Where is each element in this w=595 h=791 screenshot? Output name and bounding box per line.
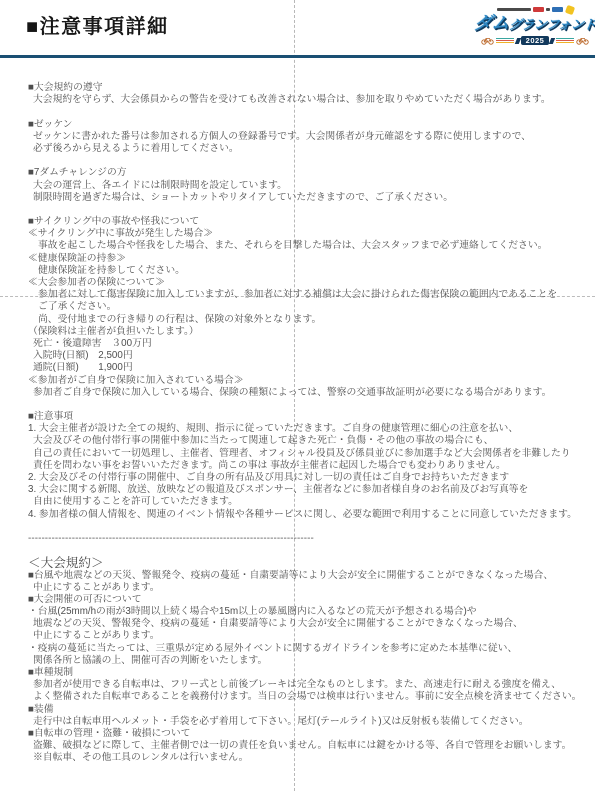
text-line: ご了承ください。 xyxy=(0,301,595,313)
logo-tagline xyxy=(497,6,574,13)
blank-line xyxy=(0,521,595,533)
section-heading: ■自転車の管理・盗難・破損について xyxy=(0,728,595,740)
text-line: 関係各所と協議の上、開催可否の判断をいたします。 xyxy=(0,655,595,667)
bicycle-icon-right xyxy=(576,36,589,45)
text-line: 3. 大会に関する新聞、放送、放映などの報道及びスポンサー、主催者などに参加者様… xyxy=(0,484,595,496)
document-body: ■大会規約の遵守大会規約を守らず、大会係員からの警告を受けても改善されない場合は… xyxy=(0,82,595,765)
dashed-separator: ----------------------------------------… xyxy=(0,533,595,545)
section-heading: ■サイクリング中の事故や怪我について xyxy=(0,216,595,228)
text-line: 自由に使用することを許可していただきます。 xyxy=(0,496,595,508)
text-line: 地震などの天災、警報発令、疫病の蔓延・自粛要請等により大会が安全に開催することが… xyxy=(0,618,595,630)
text-line: 健康保険証を持参してください。 xyxy=(0,265,595,277)
blank-line xyxy=(0,399,595,411)
logo-tagline-text-bar xyxy=(497,8,531,11)
text-line: 盗難、破損などに際して、主催者側では一切の責任を負いません。自転車には鍵をかける… xyxy=(0,740,595,752)
section-heading: ＜大会規約＞ xyxy=(0,557,595,569)
text-line: 走行中は自転車用ヘルメット・手袋を必ず着用して下さい。尾灯(テールライト)又は反… xyxy=(0,716,595,728)
event-logo: ダムグランフォンド 2025 xyxy=(478,4,592,50)
logo-title-main: ダム xyxy=(473,13,510,33)
speed-mark-left-icon xyxy=(514,38,520,44)
text-line: 自己の責任において一切処理し、主催者、管理者、オフィシャル役員及び係員並びに参加… xyxy=(0,448,595,460)
text-line: ・台風(25mm/hの雨が3時間以上続く場合や15m以上の暴風圏内に入るなどの荒… xyxy=(0,606,595,618)
logo-tagline-ampersand xyxy=(546,8,550,11)
logo-title: ダムグランフォンド xyxy=(473,13,595,35)
text-line: 事故を起こした場合や怪我をした場合、また、それらを目撃した場合は、大会スタッフま… xyxy=(0,240,595,252)
logo-year-badge: 2025 xyxy=(521,36,550,45)
text-line: 死亡・後遺障害 ３00万円 xyxy=(0,338,595,350)
section-heading: ■大会規約の遵守 xyxy=(0,82,595,94)
text-line: 4. 参加者様の個人情報を、関連のイベント情報や各種サービスに関し、必要な範囲で… xyxy=(0,509,595,521)
text-line: 入院時(日額) 2,500円 xyxy=(0,350,595,362)
logo-badge-red xyxy=(533,7,544,12)
blank-line xyxy=(0,106,595,118)
section-heading: ≪大会参加者の保険について≫ xyxy=(0,277,595,289)
logo-title-sub: グランフォンド xyxy=(508,17,595,32)
text-line: 参加者が使用できる自転車は、フリー式とし前後ブレーキは完全なものとします。また、… xyxy=(0,679,595,691)
text-line: 大会及びその他付帯行事の開催中参加に当たって関連して起きた死亡・負傷・その他の事… xyxy=(0,435,595,447)
section-heading: ■車種規制 xyxy=(0,667,595,679)
text-line: 中止にすることがあります。 xyxy=(0,630,595,642)
text-line: 通院(日額) 1,900円 xyxy=(0,362,595,374)
bicycle-icon-left xyxy=(481,36,494,45)
text-line: 1. 大会主催者が設けた全ての規約、規則、指示に従っていただきます。ご自身の健康… xyxy=(0,423,595,435)
text-line: （保険料は主催者が負担いたします。） xyxy=(0,326,595,338)
text-line: 大会の運営上、各エイドには制限時間を設定しています。 xyxy=(0,180,595,192)
logo-stripes-right xyxy=(556,38,574,43)
section-heading: ■ゼッケン xyxy=(0,119,595,131)
text-line: ※自転車、その他工具のレンタルは行いません。 xyxy=(0,752,595,764)
section-heading: ■7ダムチャレンジの方 xyxy=(0,167,595,179)
logo-stripes-left xyxy=(496,38,514,43)
text-line: 中止にすることがあります。 xyxy=(0,582,595,594)
section-heading: ■大会開催の可否について xyxy=(0,594,595,606)
text-line: 責任を問わない事をお誓いいただきます。尚この事は 事故が主催者に起因した場合でも… xyxy=(0,460,595,472)
text-line: 参加者に対して傷害保険に加入していますが、参加者に対する補償は大会に掛けられた傷… xyxy=(0,289,595,301)
text-line: よく整備された自転車であることを義務付けます。当日の会場では検車は行いません。事… xyxy=(0,691,595,703)
blank-line xyxy=(0,204,595,216)
text-line: ・疫病の蔓延に当たっては、三重県が定める屋外イベントに関するガイドラインを参考に… xyxy=(0,643,595,655)
blank-line xyxy=(0,155,595,167)
logo-badge-blue xyxy=(552,7,563,12)
document-page: ■注意事項詳細 ダムグランフォンド 2025 xyxy=(0,0,595,791)
text-line: 尚、受付地までの行き帰りの行程は、保険の対象外となります。 xyxy=(0,314,595,326)
page-title: ■注意事項詳細 xyxy=(26,10,169,39)
section-heading: ≪参加者がご自身で保険に加入されている場合≫ xyxy=(0,375,595,387)
text-line: 大会規約を守らず、大会係員からの警告を受けても改善されない場合は、参加を取りやめ… xyxy=(0,94,595,106)
section-heading: ■注意事項 xyxy=(0,411,595,423)
text-line: 参加者ご自身で保険に加入している場合、保険の種類によっては、警察の交通事故証明が… xyxy=(0,387,595,399)
section-heading: ■装備 xyxy=(0,704,595,716)
logo-year-group: 2025 xyxy=(516,36,555,45)
text-line: 必ず後ろから見えるように着用してください。 xyxy=(0,143,595,155)
text-line: 制限時間を過ぎた場合は、ショートカットやリタイアしていただきますので、ご了承くだ… xyxy=(0,192,595,204)
section-heading: ■台風や地震などの天災、警報発令、疫病の蔓延・自粛要請等により大会が安全に開催す… xyxy=(0,570,595,582)
logo-bottom-band: 2025 xyxy=(481,35,589,46)
text-line: 2. 大会及びその付帯行事の開催中、ご自身の所有品及び用具に対し一切の責任はご自… xyxy=(0,472,595,484)
section-heading: ≪サイクリング中に事故が発生した場合≫ xyxy=(0,228,595,240)
header-divider-rule xyxy=(0,55,595,58)
section-heading: ≪健康保険証の持参≫ xyxy=(0,253,595,265)
speed-mark-right-icon xyxy=(549,38,555,44)
text-line: ゼッケンに書かれた番号は参加される方個人の登録番号です。大会関係者が身元確認をす… xyxy=(0,131,595,143)
